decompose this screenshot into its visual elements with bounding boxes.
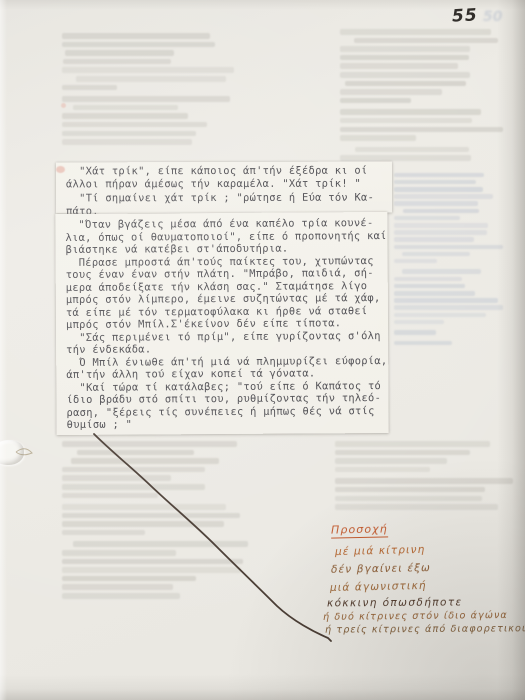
- bleed-through-text: [340, 26, 505, 166]
- typed-text-block-2: "Όταν βγάζεις μέσα άπό ένα καπέλο τρία κ…: [55, 212, 388, 432]
- handwritten-note-line: κόκκινη όπωσδήποτε: [327, 597, 463, 610]
- bleed-through-text: [394, 170, 506, 428]
- bleed-through-text: [335, 438, 517, 524]
- scanned-document-page: 55 50 "Χάτ τρίκ", είπε κάποιος άπ'τήν έξ…: [0, 0, 525, 700]
- typed-text-block-1: "Χάτ τρίκ", είπε κάποιος άπ'τήν έξέδρα κ…: [56, 162, 392, 220]
- page-number: 55: [451, 5, 478, 26]
- handwritten-note-line: δέν βγαίνει έξω: [331, 562, 431, 576]
- handwritten-note-line: μέ μιά κίτρινη: [335, 544, 426, 558]
- bleed-page-number: 50: [483, 9, 502, 25]
- paper-fleck: [61, 103, 66, 108]
- handwritten-note-line: ή δυό κίτρινες στόν ίδιο άγώνα: [323, 610, 508, 623]
- bleed-through-text: [62, 30, 240, 162]
- handwritten-note-line: ή τρείς κίτρινες άπό διαφορετικούς: [325, 623, 525, 635]
- typed-paper-strip-1: "Χάτ τρίκ", είπε κάποιος άπ'τήν έξέδρα κ…: [56, 162, 392, 214]
- handwritten-note-title: Προσοχή: [331, 522, 388, 538]
- paper-fleck: [56, 166, 65, 173]
- punch-hole-tear: [0, 440, 24, 465]
- typed-paper-strip-2: "Όταν βγάζεις μέσα άπό ένα καπέλο τρία κ…: [55, 212, 388, 435]
- bleed-through-text: [62, 438, 244, 660]
- handwritten-note-line: μιά άγωνιστική: [330, 580, 427, 594]
